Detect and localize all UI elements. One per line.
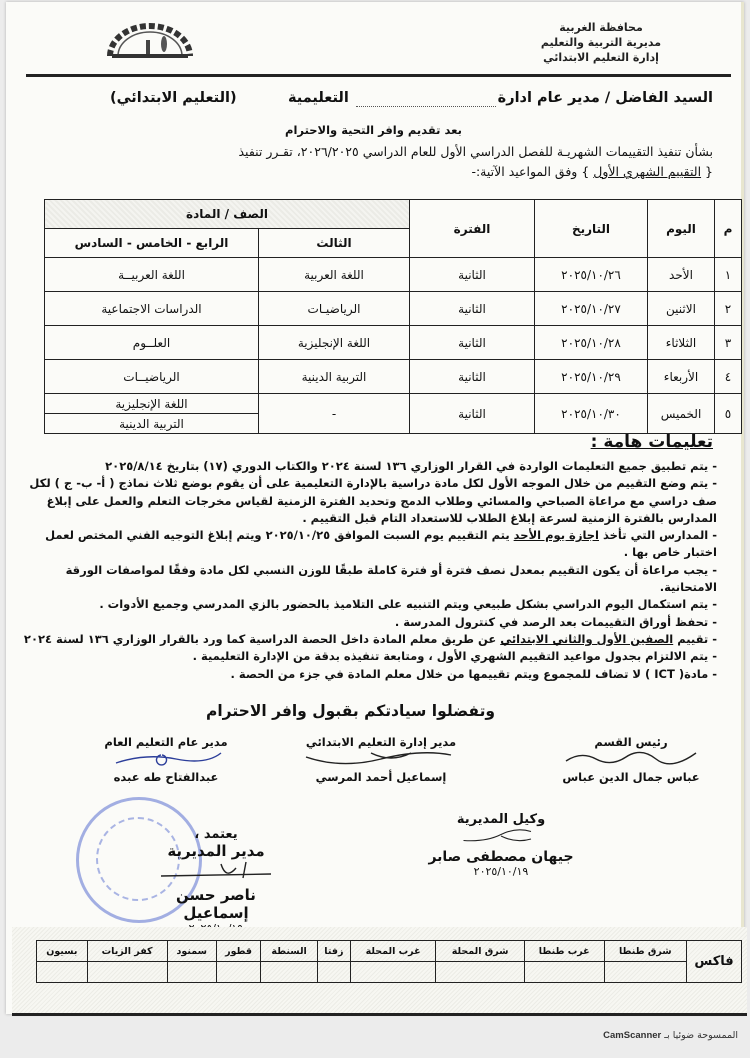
- watermark-app: CamScanner: [603, 1030, 661, 1041]
- fax-col: شرق طنطا: [604, 941, 686, 962]
- row-date: ٢٠٢٥/١٠/٢٦: [535, 258, 648, 292]
- signature-title: مدير عام التعليم العام: [96, 735, 236, 749]
- row-num: ٤: [715, 360, 742, 394]
- row-date: ٢٠٢٥/١٠/٢٩: [535, 360, 648, 394]
- fax-cell: [167, 962, 216, 983]
- fax-cell: [350, 962, 436, 983]
- row-period: الثانية: [410, 326, 535, 360]
- fax-col: قطور: [216, 941, 260, 962]
- row-day: الأربعاء: [648, 360, 715, 394]
- signature-name: جيهان مصطفى صابر: [426, 849, 576, 865]
- handwritten-signature-icon: [561, 749, 701, 767]
- intro-paragraph: بشأن تنفيذ التقييمات الشهريـة للفصل الدر…: [33, 142, 713, 182]
- row-grade4-6: اللغة العربيــة: [45, 258, 259, 292]
- row-grade4-6-b: التربية الدينية: [45, 414, 259, 434]
- row-num: ٢: [715, 292, 742, 326]
- signature-date: ٢٠٢٥/١٠/١٩: [426, 865, 576, 878]
- brace-open: {: [705, 164, 713, 179]
- col-num: م: [715, 200, 742, 258]
- signature-name: عبدالفتاح طه عبده: [96, 770, 236, 784]
- schedule-table: م اليوم التاريخ الفترة الصف / المادة الث…: [44, 199, 742, 434]
- watermark-prefix: الممسوحة ضوئيا بـ: [664, 1030, 738, 1041]
- instruction-item: - تقييم الصفين الأول والثاني الابتدائي ع…: [17, 631, 717, 648]
- table-row: ٢ الاثنين ٢٠٢٥/١٠/٢٧ الثانية الرياضيـات …: [45, 292, 742, 326]
- scanner-watermark: الممسوحة ضوئيا بـ CamScanner: [603, 1030, 738, 1041]
- administration: إدارة التعليم الابتدائي: [501, 50, 701, 65]
- fax-col: السنطة: [261, 941, 318, 962]
- row-day: الثلاثاء: [648, 326, 715, 360]
- fax-col: غرب طنطا: [524, 941, 604, 962]
- fax-cell: [261, 962, 318, 983]
- row-grade4-6-a: اللغة الإنجليزية: [45, 394, 259, 414]
- instruction-item: - مادة( ICT ) لا تضاف للمجموع ويتم تقييم…: [17, 666, 717, 683]
- instructions-title: تعليمات هامة :: [591, 432, 713, 452]
- instructions-list: - يتم تطبيق جميع التعليمات الواردة في ال…: [17, 458, 717, 683]
- handwritten-signature-icon: [441, 827, 561, 845]
- col-class-subject: الصف / المادة: [45, 200, 410, 229]
- signature-title: رئيس القسم: [551, 735, 711, 749]
- fax-cell: [216, 962, 260, 983]
- col-grade4-6: الرابع - الخامس - السادس: [45, 229, 259, 258]
- handwritten-signature-icon: [106, 749, 226, 767]
- row-grade4-6: الرياضيــات: [45, 360, 259, 394]
- instruction-emphasis: الصفين الأول والثاني الابتدائي: [500, 632, 673, 646]
- row-grade3: التربية الدينية: [259, 360, 410, 394]
- approval-name: ناصر حسن إسماعيل: [146, 886, 286, 922]
- row-day: الاثنين: [648, 292, 715, 326]
- fax-cell: [87, 962, 167, 983]
- row-period: الثانية: [410, 258, 535, 292]
- row-grade3: اللغة الإنجليزية: [259, 326, 410, 360]
- row-day: الأحد: [648, 258, 715, 292]
- instruction-item: - يتم تطبيق جميع التعليمات الواردة في ال…: [17, 458, 717, 475]
- fax-col: بسيون: [37, 941, 88, 962]
- signature-general-director: مدير عام التعليم العام عبدالفتاح طه عبده: [96, 735, 236, 784]
- addressee-title: السيد الفاضل / مدير عام ادارة: [498, 90, 713, 106]
- intro-line-1: بشأن تنفيذ التقييمات الشهريـة للفصل الدر…: [33, 142, 713, 162]
- monthly-assessment-label: التقييم الشهري الأول: [593, 164, 701, 179]
- instruction-item: - يتم استكمال اليوم الدراسي بشكل طبيعي و…: [17, 596, 717, 613]
- signature-dept-head: رئيس القسم عباس جمال الدين عباس: [551, 735, 711, 784]
- row-period: الثانية: [410, 292, 535, 326]
- instruction-emphasis: اجازة يوم الأحد: [514, 528, 599, 542]
- addressee-educational: التعليمية: [288, 90, 349, 106]
- row-num: ٥: [715, 394, 742, 434]
- fax-col: زفتا: [318, 941, 351, 962]
- intro-line-2-suffix: } وفق المواعيد الآتية:-: [471, 164, 589, 179]
- col-period: الفترة: [410, 200, 535, 258]
- table-row: ٥ الخميس ٢٠٢٥/١٠/٣٠ الثانية - اللغة الإن…: [45, 394, 742, 414]
- row-num: ٣: [715, 326, 742, 360]
- approval-title: مدير المديرية: [146, 842, 286, 860]
- table-row: ٤ الأربعاء ٢٠٢٥/١٠/٢٩ الثانية التربية ال…: [45, 360, 742, 394]
- row-grade3: الرياضيـات: [259, 292, 410, 326]
- fax-col: سمنود: [167, 941, 216, 962]
- handwritten-signature-icon: [151, 860, 281, 882]
- fax-col: شرق المحلة: [436, 941, 524, 962]
- fax-cell: [37, 962, 88, 983]
- fax-cell: [524, 962, 604, 983]
- closing-line: وتفضلوا سيادتكم بقبول وافر الاحترام: [206, 702, 495, 720]
- col-date: التاريخ: [535, 200, 648, 258]
- signature-deputy: وكيل المديرية جيهان مصطفى صابر ٢٠٢٥/١٠/١…: [426, 812, 576, 878]
- row-grade4-6: العلــوم: [45, 326, 259, 360]
- fax-cell: [436, 962, 524, 983]
- ministry-gear-logo-icon: [102, 20, 198, 60]
- fax-cell: [604, 962, 686, 983]
- instruction-item: - المدارس التي تأخذ اجازة يوم الأحد يتم …: [17, 527, 717, 562]
- fax-label: فاكس: [687, 941, 742, 983]
- approval-label: يعتمد ،: [146, 827, 286, 842]
- header-divider: [26, 74, 731, 77]
- row-grade3: اللغة العربية: [259, 258, 410, 292]
- instruction-text: عن طريق معلم المادة داخل الحصة الدراسية …: [24, 632, 500, 646]
- table-row: ٣ الثلاثاء ٢٠٢٥/١٠/٢٨ الثانية اللغة الإن…: [45, 326, 742, 360]
- instruction-prefix: - المدارس التي تأخذ: [599, 528, 717, 542]
- signature-name: عباس جمال الدين عباس: [551, 770, 711, 784]
- row-period: الثانية: [410, 394, 535, 434]
- instruction-item: - تحفظ أوراق التقييمات بعد الرصد في كنتر…: [17, 614, 717, 631]
- row-date: ٢٠٢٥/١٠/٢٨: [535, 326, 648, 360]
- signature-name: إسماعيل أحمد المرسي: [291, 770, 471, 784]
- fax-col: كفر الزيات: [87, 941, 167, 962]
- approval-block: يعتمد ، مدير المديرية ناصر حسن إسماعيل ٢…: [146, 827, 286, 935]
- governorate: محافظة الغربية: [501, 20, 701, 35]
- greeting: بعد تقديم وافر التحية والاحترام: [6, 123, 741, 137]
- row-date: ٢٠٢٥/١٠/٣٠: [535, 394, 648, 434]
- col-grade3: الثالث: [259, 229, 410, 258]
- fax-cell: [318, 962, 351, 983]
- scanned-page: محافظة الغربية مديرية التربية والتعليم إ…: [6, 2, 744, 1014]
- row-period: الثانية: [410, 360, 535, 394]
- table-row: ١ الأحد ٢٠٢٥/١٠/٢٦ الثانية اللغة العربية…: [45, 258, 742, 292]
- signature-title: مدير إدارة التعليم الابتدائي: [291, 735, 471, 749]
- col-day: اليوم: [648, 200, 715, 258]
- handwritten-signature-icon: [301, 749, 461, 767]
- fax-routing-table: فاكس شرق طنطا غرب طنطا شرق المحلة غرب ال…: [36, 940, 742, 983]
- row-grade4-6: الدراسات الاجتماعية: [45, 292, 259, 326]
- instruction-item: - يتم الالتزام بجدول مواعيد التقييم الشه…: [17, 648, 717, 665]
- fax-col: غرب المحلة: [350, 941, 436, 962]
- addressee-blank: [356, 106, 496, 107]
- signature-primary-director: مدير إدارة التعليم الابتدائي إسماعيل أحم…: [291, 735, 471, 784]
- row-date: ٢٠٢٥/١٠/٢٧: [535, 292, 648, 326]
- instruction-prefix: - تقييم: [673, 632, 717, 646]
- row-grade3: -: [259, 394, 410, 434]
- intro-line-2: { التقييم الشهري الأول } وفق المواعيد ال…: [33, 162, 713, 182]
- directorate: مديرية التربية والتعليم: [501, 35, 701, 50]
- row-day: الخميس: [648, 394, 715, 434]
- org-header: محافظة الغربية مديرية التربية والتعليم إ…: [501, 20, 701, 65]
- addressee-sector: (التعليم الابتدائي): [110, 90, 237, 106]
- instruction-item: - يجب مراعاة أن يكون التقييم بمعدل نصف ف…: [17, 562, 717, 597]
- instruction-item: - يتم وضع التقييم من خلال الموجه الأول ل…: [17, 475, 717, 527]
- row-num: ١: [715, 258, 742, 292]
- signature-title: وكيل المديرية: [426, 812, 576, 827]
